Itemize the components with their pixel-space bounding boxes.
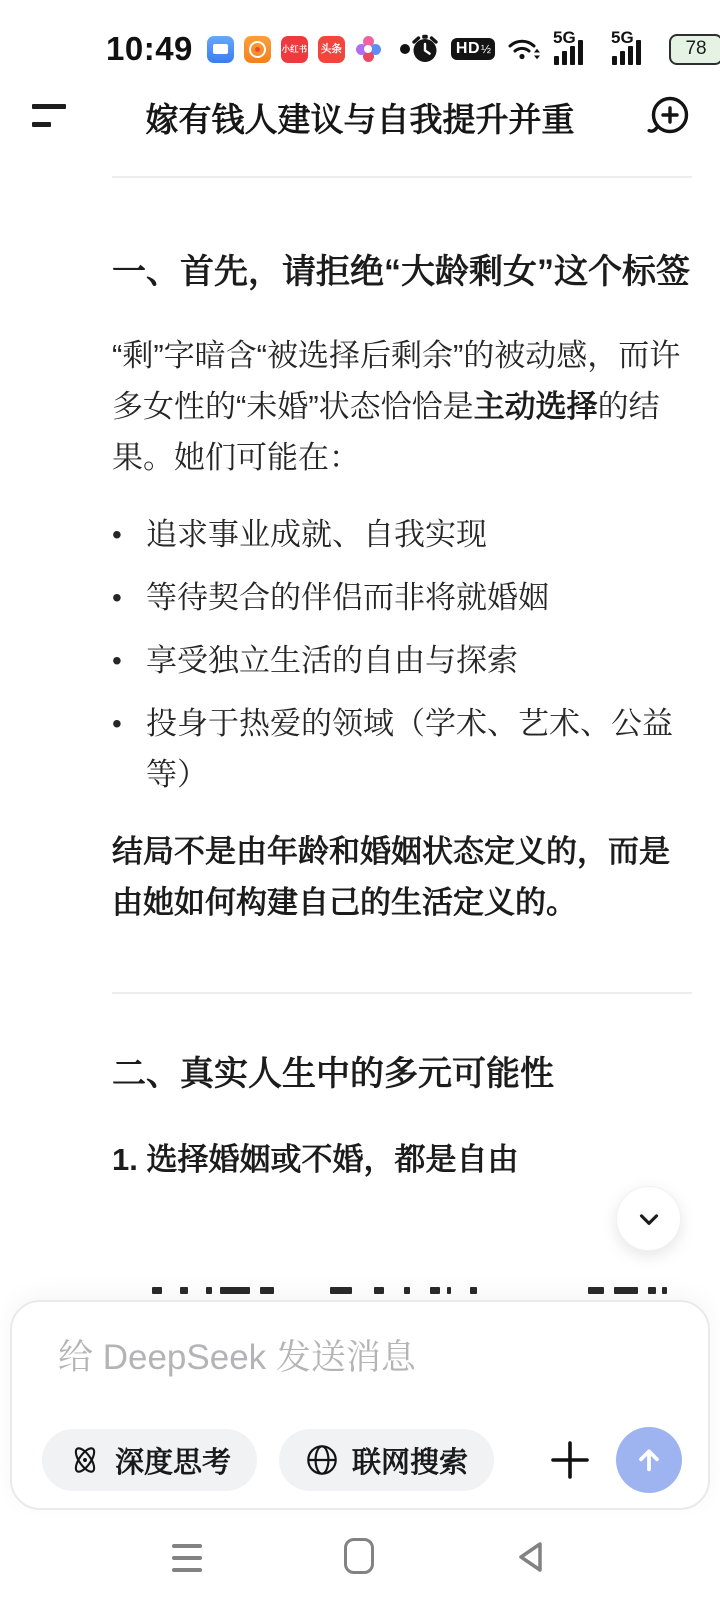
chat-title: 嫁有钱人建议与自我提升并重 (0, 94, 720, 141)
plus-icon (550, 1440, 590, 1480)
message-composer: 给 DeepSeek 发送消息 深度思考 联网搜索 (10, 1300, 710, 1510)
list-item: •享受独立生活的自由与探索 (112, 635, 692, 686)
battery-percent: 78 (685, 38, 706, 60)
flower-app-icon (355, 36, 382, 63)
sim1-signal-icon: 5G (553, 30, 600, 68)
recents-button[interactable] (172, 1544, 202, 1580)
section-divider (112, 176, 692, 178)
app-header: 嫁有钱人建议与自我提升并重 (0, 86, 720, 148)
message-input[interactable]: 给 DeepSeek 发送消息 (58, 1330, 662, 1380)
arrow-up-icon (633, 1444, 665, 1476)
assistant-message: 一、首先，请拒绝“大龄剩女”这个标签 “剩”字暗含“被选择后剩余”的被动感，而许… (112, 176, 692, 1185)
status-right-icons: HD½ 5G 5G 78 (410, 30, 720, 68)
home-button[interactable] (344, 1538, 374, 1574)
section2-heading: 二、真实人生中的多元可能性 (112, 1046, 692, 1102)
list-item: •等待契合的伴侣而非将就婚姻 (112, 572, 692, 623)
notification-dot-icon (400, 44, 410, 54)
deep-think-button[interactable]: 深度思考 (42, 1429, 257, 1491)
android-nav-bar (0, 1532, 720, 1592)
battery-icon: 78 (669, 34, 720, 65)
list-item: •追求事业成就、自我实现 (112, 509, 692, 560)
scroll-to-bottom-button[interactable] (616, 1186, 681, 1251)
sim2-signal-icon: 5G (611, 30, 658, 68)
clipped-text-line (0, 1287, 720, 1297)
notification-icons: 小红书 头条 (207, 36, 410, 63)
bullet-list: •追求事业成就、自我实现 •等待契合的伴侣而非将就婚姻 •享受独立生活的自由与探… (112, 509, 692, 800)
hd-volte-icon: HD½ (451, 38, 495, 60)
subheading-1: 1. 选择婚姻或不婚，都是自由 (112, 1134, 692, 1185)
section1-heading: 一、首先，请拒绝“大龄剩女”这个标签 (112, 244, 692, 300)
back-button[interactable] (514, 1539, 546, 1575)
list-item: •投身于热爱的领域（学术、艺术、公益等） (112, 698, 692, 800)
wallet-app-icon (244, 36, 271, 63)
bold-text: 主动选择 (474, 389, 598, 424)
composer-toolbar: 深度思考 联网搜索 (42, 1428, 682, 1492)
paragraph-1: “剩”字暗含“被选择后剩余”的被动感，而许多女性的“未婚”状态恰恰是主动选择的结… (112, 330, 692, 483)
attach-plus-button[interactable] (548, 1438, 592, 1482)
alarm-icon (410, 34, 440, 64)
sidebar-menu-button[interactable] (32, 104, 68, 130)
chevron-down-icon (634, 1204, 664, 1234)
status-bar: 10:49 小红书 头条 HD½ (0, 28, 720, 70)
xiaohongshu-app-icon: 小红书 (281, 36, 308, 63)
paragraph-2-bold: 结局不是由年龄和婚姻状态定义的，而是由她如何构建自己的生活定义的。 (112, 826, 692, 928)
files-app-icon (207, 36, 234, 63)
status-time: 10:49 (106, 30, 193, 68)
send-button[interactable] (616, 1427, 682, 1493)
globe-icon (305, 1443, 339, 1477)
wifi-icon (506, 35, 542, 63)
toutiao-app-icon: 头条 (318, 36, 345, 63)
section-divider (112, 992, 692, 994)
new-chat-button[interactable] (644, 92, 694, 142)
web-search-button[interactable]: 联网搜索 (279, 1429, 494, 1491)
atom-icon (68, 1443, 102, 1477)
